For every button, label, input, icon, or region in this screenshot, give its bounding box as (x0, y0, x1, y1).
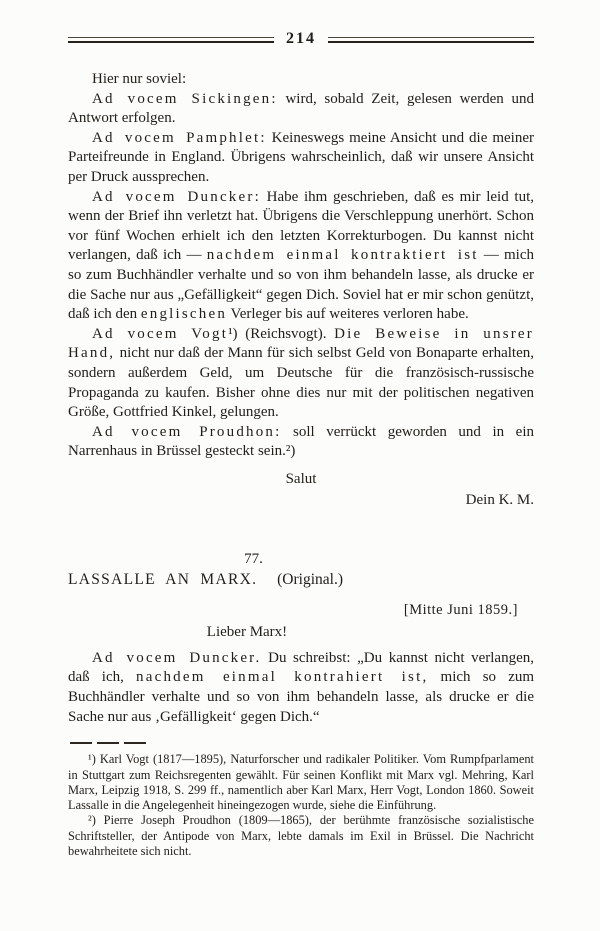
text-segment: Hier nur soviel: (92, 71, 186, 87)
letter-heading: LASSALLE AN MARX. (Original.) (68, 571, 534, 589)
footnote-2: ²) Pierre Joseph Proudhon (1809—1865), d… (68, 813, 534, 859)
letter-lassalle-to-marx: 77. LASSALLE AN MARX. (Original.) [Mitte… (68, 551, 534, 727)
footnote-1: ¹) Karl Vogt (1817—1895), Naturforscher … (68, 752, 534, 813)
header-rule-right (328, 37, 534, 43)
page-header: 214 (68, 32, 534, 48)
footnote-divider (70, 742, 148, 744)
text-segment: Verleger bis auf weiteres verloren habe. (227, 306, 469, 322)
page-number: 214 (286, 31, 316, 47)
footnotes: ¹) Karl Vogt (1817—1895), Naturforscher … (68, 752, 534, 859)
book-page: 214 Hier nur soviel: Ad vocem Sickingen:… (0, 0, 600, 931)
emphasized-text-segment: nachdem einmal kontrahiert ist, (136, 669, 428, 685)
emphasized-text-segment: Ad vocem Pamphlet: (92, 130, 267, 146)
header-rule-left (68, 37, 274, 43)
dateline: [Mitte Juni 1859.] (68, 602, 534, 619)
paragraph: Ad vocem Duncker: Habe ihm geschrieben, … (68, 188, 534, 325)
emphasized-text-segment: Ad vocem Duncker. (92, 650, 262, 666)
text-segment: nicht nur daß der Mann für sich selbst G… (68, 345, 534, 420)
emphasized-text-segment: Ad vocem Vogt (92, 326, 228, 342)
emphasized-text-segment: nachdem einmal kontraktiert ist (207, 247, 479, 263)
signature: Dein K. M. (68, 492, 534, 509)
emphasized-text-segment: Ad vocem Proudhon: (92, 424, 282, 440)
paragraph: Ad vocem Vogt¹) (Reichsvogt). Die Beweis… (68, 325, 534, 423)
emphasized-text-segment: Ad vocem Duncker: (92, 189, 261, 205)
emphasized-text-segment: Ad vocem Sickingen: (92, 91, 278, 107)
closing-salut: Salut (68, 471, 534, 488)
paragraph: Hier nur soviel: (68, 70, 534, 90)
salutation: Lieber Marx! (68, 624, 534, 641)
letter-marx-to-lassalle: Hier nur soviel: Ad vocem Sickingen: wir… (68, 70, 534, 509)
letter-heading-note: (Original.) (277, 571, 343, 588)
text-segment: ²) Pierre Joseph Proudhon (1809—1865), d… (68, 813, 534, 858)
paragraph: Ad vocem Duncker. Du schreibst: „Du kann… (68, 649, 534, 727)
letter-number: 77. (68, 551, 534, 568)
text-segment: ¹) (Reichsvogt). (228, 326, 334, 342)
paragraph: Ad vocem Sickingen: wird, sobald Zeit, g… (68, 90, 534, 129)
letter-heading-title: LASSALLE AN MARX. (68, 571, 257, 588)
paragraph: Ad vocem Proudhon: soll verrückt geworde… (68, 423, 534, 462)
emphasized-text-segment: englischen (141, 306, 227, 322)
paragraph: Ad vocem Pamphlet: Keineswegs meine Ansi… (68, 129, 534, 188)
text-segment: ¹) Karl Vogt (1817—1895), Naturforscher … (68, 752, 534, 812)
